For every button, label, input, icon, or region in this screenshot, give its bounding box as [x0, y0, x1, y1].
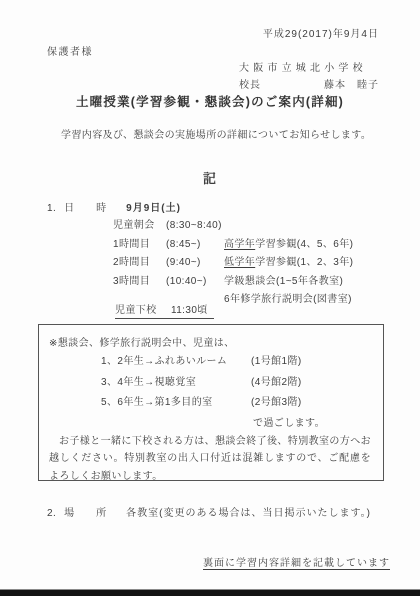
schedule-label: 2時間目	[113, 253, 166, 268]
dismissal-label: 児童下校	[115, 301, 171, 316]
notice-intro: ※懇談会、修学旅行説明会中、児童は、	[49, 334, 371, 349]
recipient-label: 保護者様	[47, 43, 93, 58]
section2-value: 各教室(変更のある場合は、当日掲示いたします。)	[126, 504, 371, 519]
activity-underlined: 高学年	[224, 239, 255, 250]
schedule-time: (9:40~)	[166, 257, 224, 268]
section1-number: 1.	[47, 203, 56, 214]
room-row: 3、4年生→視聴覚室 (4号館2階)	[101, 373, 371, 394]
principal-line: 校長 藤本 睦子	[239, 76, 379, 91]
principal-title: 校長	[239, 76, 261, 91]
section1-label: 日 時	[64, 199, 112, 214]
room-location: (2号館3階)	[251, 393, 302, 408]
schedule-row: 1時間目 (8:45~) 高学年学習参観(4、5、6年)	[113, 235, 353, 254]
room-grades: 5、6年生	[101, 397, 144, 408]
section1-date: 9月9日(土)	[126, 199, 181, 214]
principal-name: 藤本 睦子	[324, 76, 379, 91]
room-grades: 3、4年生	[101, 377, 144, 388]
activity-underlined: 低学年	[224, 257, 255, 268]
room-grades: 1、2年生	[101, 356, 144, 367]
scan-edge-bar	[0, 589, 420, 596]
room-location: (1号館1階)	[251, 352, 302, 367]
schedule-activity: 6年修学旅行説明会(図書室)	[224, 290, 352, 305]
document-page: 平成29(2017)年9月4日 保護者様 大阪市立城北小学校 校長 藤本 睦子 …	[0, 0, 420, 596]
activity-rest: 6年修学旅行説明会(図書室)	[224, 294, 352, 305]
notice-box: ※懇談会、修学旅行説明会中、児童は、 1、2年生→ふれあいルーム (1号館1階)…	[38, 324, 384, 481]
room-assignment: 1、2年生→ふれあいルーム	[101, 352, 251, 367]
dismissal-underline: 児童下校11:30頃	[115, 301, 214, 319]
schedule-activity: 学級懇談会(1~5年各教室)	[224, 272, 343, 287]
activity-rest: 学級懇談会(1~5年各教室)	[224, 276, 343, 287]
footer-note: 裏面に学習内容詳細を記載しています	[203, 554, 390, 569]
school-name: 大阪市立城北小学校	[239, 59, 379, 74]
room-name: 第1多目的室	[155, 397, 213, 408]
section2-label: 場 所	[64, 504, 112, 519]
intro-text: 学習内容及び、懇談会の実施場所の詳細についてお知らせします。	[61, 126, 371, 141]
room-location: (4号館2階)	[251, 373, 302, 388]
room-assignment: 5、6年生→第1多目的室	[101, 393, 251, 408]
arrow-icon: →	[144, 397, 154, 408]
record-heading: 記	[0, 168, 420, 187]
room-list: 1、2年生→ふれあいルーム (1号館1階) 3、4年生→視聴覚室 (4号館2階)…	[101, 352, 371, 414]
schedule-label: 1時間目	[113, 235, 166, 250]
section2-heading: 2. 場 所 各教室(変更のある場合は、当日掲示いたします。)	[47, 504, 371, 519]
room-name: ふれあいルーム	[155, 356, 228, 367]
section2-number: 2.	[47, 508, 56, 519]
schedule-time: (8:45~)	[166, 239, 224, 250]
room-row: 1、2年生→ふれあいルーム (1号館1階)	[101, 352, 371, 373]
schedule-row: 3時間目 (10:40~) 学級懇談会(1~5年各教室)	[113, 272, 353, 291]
arrow-icon: →	[144, 356, 154, 367]
notice-closing: で過ごします。	[49, 414, 371, 431]
section1-heading: 1. 日 時 9月9日(土)	[47, 199, 181, 214]
room-name: 視聴覚室	[155, 377, 197, 388]
schedule-table: 児童朝会 (8:30~8:40) 1時間目 (8:45~) 高学年学習参観(4、…	[113, 216, 353, 309]
schedule-row: 児童朝会 (8:30~8:40)	[113, 216, 353, 235]
room-row: 5、6年生→第1多目的室 (2号館3階)	[101, 393, 371, 414]
schedule-activity: 高学年学習参観(4、5、6年)	[224, 235, 353, 250]
sender-block: 大阪市立城北小学校 校長 藤本 睦子	[239, 59, 379, 91]
arrow-icon: →	[144, 377, 154, 388]
schedule-time: (10:40~)	[166, 276, 224, 287]
schedule-activity: 低学年学習参観(1、2、3年)	[224, 253, 353, 268]
activity-rest: 学習参観(1、2、3年)	[255, 257, 353, 268]
document-title: 土曜授業(学習参観・懇談会)のご案内(詳細)	[0, 92, 420, 110]
notice-paragraph: お子様と一緒に下校される方は、懇談会終了後、特別教室の方へお越しください。特別教…	[49, 433, 371, 486]
room-assignment: 3、4年生→視聴覚室	[101, 373, 251, 388]
dismissal-line: 児童下校11:30頃	[115, 301, 214, 319]
date-line: 平成29(2017)年9月4日	[263, 25, 379, 40]
schedule-label: 3時間目	[113, 272, 166, 287]
schedule-time: (8:30~8:40)	[166, 220, 224, 231]
activity-rest: 学習参観(4、5、6年)	[255, 239, 353, 250]
schedule-row: 2時間目 (9:40~) 低学年学習参観(1、2、3年)	[113, 253, 353, 272]
dismissal-time: 11:30頃	[171, 305, 208, 316]
schedule-label: 児童朝会	[113, 216, 166, 231]
